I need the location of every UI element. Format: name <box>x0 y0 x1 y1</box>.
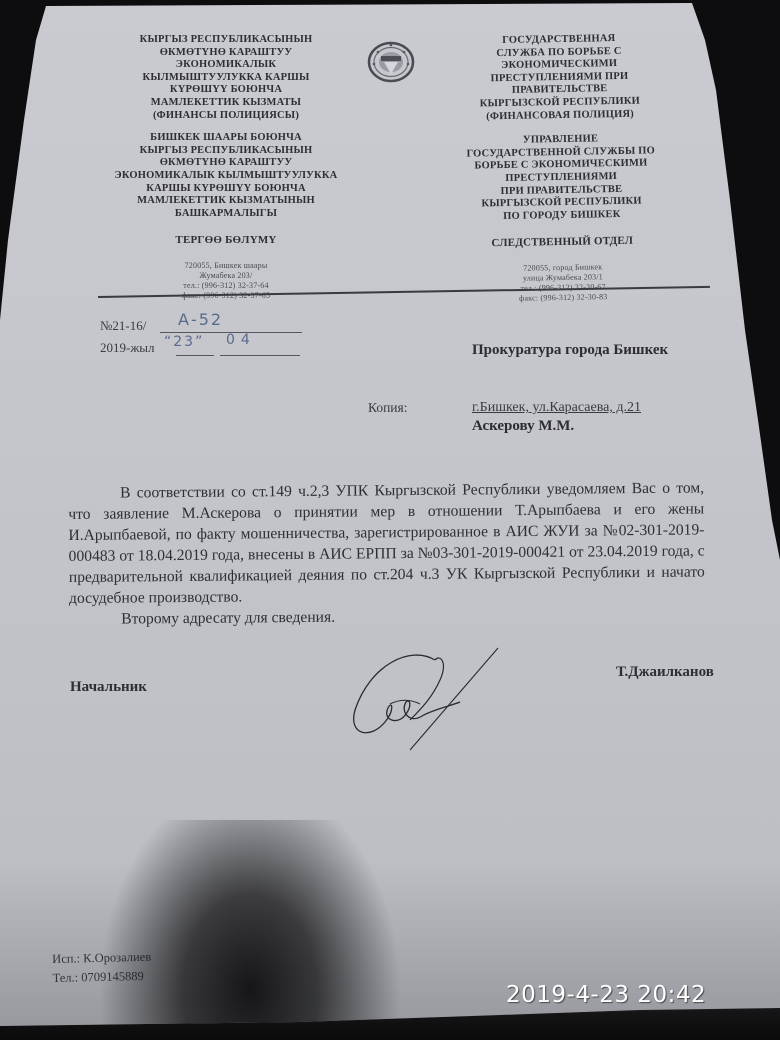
sub-org-name-kg: БИШКЕК ШААРЫ БОЮНЧА КЫРГЫЗ РЕСПУБЛИКАСЫН… <box>92 132 360 220</box>
reference-number: №21-16/ <box>100 318 146 334</box>
photo-timestamp: 2019-4-23 20:42 <box>506 982 706 1008</box>
letterhead-right: ГОСУДАРСТВЕННАЯ СЛУЖБА ПО БОРЬБЕ С ЭКОНО… <box>434 28 689 305</box>
handwritten-signature <box>340 640 510 760</box>
handwritten-month: 04 <box>226 332 256 348</box>
day-underline <box>176 355 214 356</box>
executor-name: Исп.: К.Орозалиев <box>52 948 151 969</box>
month-underline <box>220 355 300 356</box>
executor-phone: Тел.: 0709145889 <box>52 967 151 988</box>
document-page: КЫРГЫЗ РЕСПУБЛИКАСЫНЫН ӨКМӨТҮНӨ КАРАШТУУ… <box>0 0 780 1040</box>
letter-body: В соответствии со ст.149 ч.2,3 УПК Кыргы… <box>68 477 705 630</box>
handwritten-number: А-52 <box>178 310 223 329</box>
copy-address: г.Бишкек, ул.Карасаева, д.21 <box>472 400 641 416</box>
recipient-name: Прокуратура города Бишкек <box>472 342 668 359</box>
handwritten-day: “23” <box>164 334 204 350</box>
state-emblem-icon <box>366 40 416 84</box>
department-ru: СЛЕДСТВЕННЫЙ ОТДЕЛ <box>437 234 687 251</box>
org-name-ru: ГОСУДАРСТВЕННАЯ СЛУЖБА ПО БОРЬБЕ С ЭКОНО… <box>434 32 686 125</box>
copy-recipient-name: Аскерову М.М. <box>472 418 574 435</box>
signer-name: Т.Джаилканов <box>616 664 714 681</box>
copy-label: Копия: <box>368 400 408 416</box>
department-kg: ТЕРГӨӨ БӨЛҮМҮ <box>92 234 360 247</box>
org-name-kg: КЫРГЫЗ РЕСПУБЛИКАСЫНЫН ӨКМӨТҮНӨ КАРАШТУУ… <box>92 34 360 122</box>
letterhead-left: КЫРГЫЗ РЕСПУБЛИКАСЫНЫН ӨКМӨТҮНӨ КАРАШТУУ… <box>92 34 360 301</box>
sub-org-name-ru: УПРАВЛЕНИЕ ГОСУДАРСТВЕННОЙ СЛУЖБЫ ПО БОР… <box>435 132 687 225</box>
reference-date: 2019-жыл <box>100 340 155 356</box>
body-paragraph: В соответствии со ст.149 ч.2,3 УПК Кыргы… <box>68 477 705 609</box>
body-paragraph: Второму адресату для сведения. <box>69 603 705 630</box>
address-ru: 720055, город Бишкек улица Жумабека 203/… <box>438 261 689 305</box>
executor-info: Исп.: К.Орозалиев Тел.: 0709145889 <box>52 948 152 988</box>
signer-title: Начальник <box>70 679 147 696</box>
